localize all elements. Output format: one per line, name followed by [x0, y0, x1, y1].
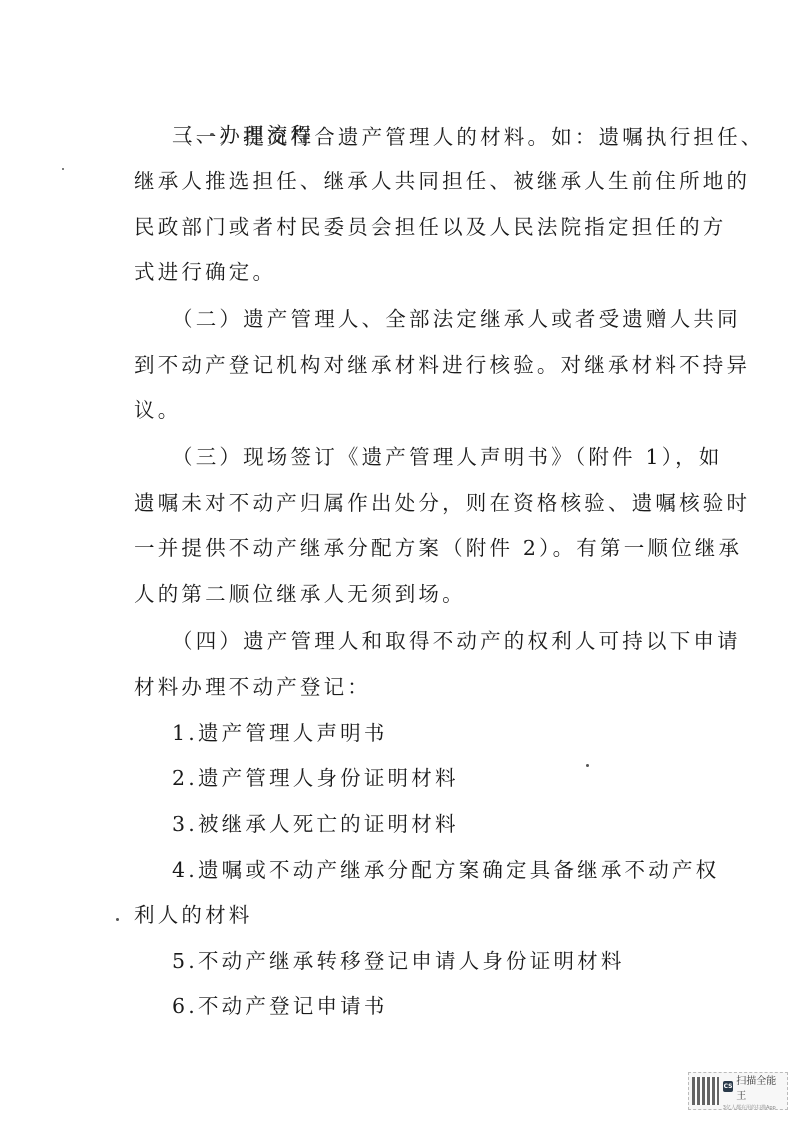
watermark-subtitle: 3亿人都在用的扫描App — [723, 1104, 784, 1111]
text-line: 议。 — [134, 398, 181, 422]
text-line: 4.遗嘱或不动产继承分配方案确定具备继承不动产权 — [172, 858, 719, 882]
scan-speck — [210, 133, 214, 136]
text-line: （一）提交符合遗产管理人的材料。如：遗嘱执行担任、 — [172, 125, 765, 149]
text-line: 材料办理不动产登记： — [134, 675, 371, 699]
scanner-app-watermark: CS 扫描全能王 3亿人都在用的扫描App — [688, 1072, 788, 1110]
text-line: 5.不动产继承转移登记申请人身份证明材料 — [172, 949, 625, 973]
text-line: 遗嘱未对不动产归属作出处分，则在资格核验、遗嘱核验时 — [134, 491, 750, 515]
text-line: 继承人推选担任、继承人共同担任、被继承人生前住所地的 — [134, 169, 750, 193]
text-line: 到不动产登记机构对继承材料进行核验。对继承材料不持异 — [134, 353, 750, 377]
text-line: 6.不动产登记申请书 — [172, 994, 388, 1018]
watermark-title: 扫描全能王 — [736, 1072, 784, 1102]
text-line: 人的第二顺位继承人无须到场。 — [134, 582, 466, 606]
text-line: 2.遗产管理人身份证明材料 — [172, 766, 459, 790]
scan-speck — [62, 168, 64, 170]
text-line: （二）遗产管理人、全部法定继承人或者受遗赠人共同 — [172, 307, 741, 331]
scan-speck — [586, 764, 589, 767]
scan-speck — [116, 918, 119, 921]
text-line: 利人的材料 — [134, 903, 253, 927]
text-line: （四）遗产管理人和取得不动产的权利人可持以下申请 — [172, 629, 741, 653]
text-line: （三）现场签订《遗产管理人声明书》（附件 1），如 — [172, 445, 723, 469]
qr-code-icon — [692, 1077, 719, 1105]
text-line: 民政部门或者村民委员会担任以及人民法院指定担任的方 — [134, 215, 727, 239]
text-line: 一并提供不动产继承分配方案（附件 2）。有第一顺位继承 — [134, 536, 742, 560]
camscanner-logo-icon: CS — [723, 1081, 734, 1092]
text-line: 式进行确定。 — [134, 260, 276, 284]
text-line: 1.遗产管理人声明书 — [172, 721, 388, 745]
text-line: 3.被继承人死亡的证明材料 — [172, 812, 459, 836]
scanned-page: 三、办理流程 （一）提交符合遗产管理人的材料。如：遗嘱执行担任、继承人推选担任、… — [0, 0, 793, 1122]
